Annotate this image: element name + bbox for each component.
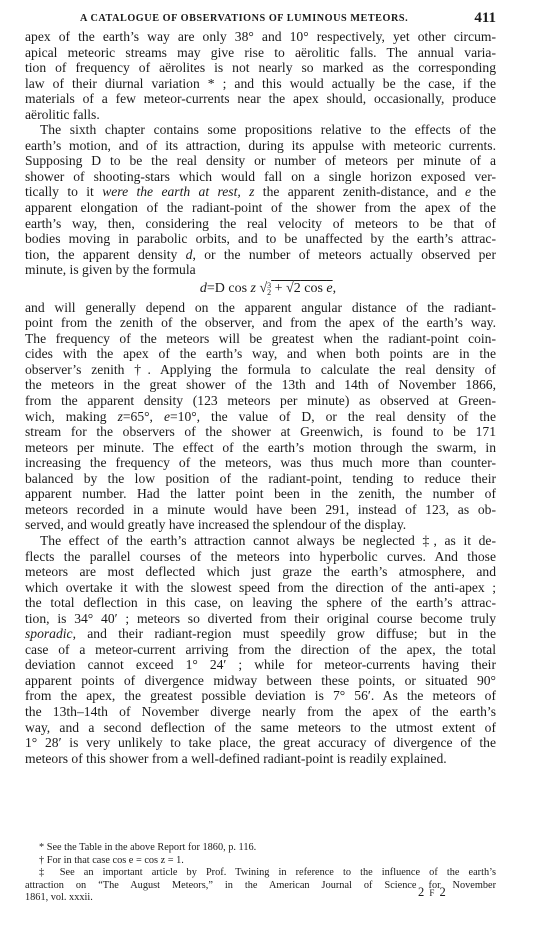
text-line: minute, is given by the formula (25, 262, 496, 278)
text-line: the meteors in the great shower of the 1… (25, 377, 496, 393)
text-line: the 13th–14th of November diverge nearly… (25, 704, 496, 720)
text-line: flects the parallel courses of the meteo… (25, 549, 496, 565)
fraction: 32 (267, 282, 271, 296)
text-line: stream for the observers of the shower a… (25, 424, 496, 440)
text-line: apex of the earth’s way are only 38° and… (25, 29, 496, 45)
text-line: 1° 28′ is very unlikely to take place, t… (25, 735, 496, 751)
text-line: earth’s motion, and of its attraction, d… (25, 138, 496, 154)
footnote-double-dagger: ‡ See an important article by Prof. Twin… (25, 867, 496, 880)
text-line: the total deflection in this case, on le… (25, 595, 496, 611)
text-line: meteors recorded in a minute would have … (25, 502, 496, 518)
footnote-asterisk: * See the Table in the above Report for … (25, 842, 496, 855)
text-line: from the apparent density (123 meteors p… (25, 393, 496, 409)
text-line: Supposing D to be the real density or nu… (25, 153, 496, 169)
text-line: meteors of this shower from a well-defin… (25, 751, 496, 767)
text-line: tion, the apparent density d, or the num… (25, 247, 496, 263)
running-head: A CATALOGUE OF OBSERVATIONS OF LUMINOUS … (25, 10, 496, 28)
density-formula: d=D cos z √32 + √2 cos e, (25, 278, 496, 300)
text-line: bodies moving in parabolic orbits, and t… (25, 231, 496, 247)
text-line: way, and a second deflection of the same… (25, 720, 496, 736)
text-line: served, and would greatly have increased… (25, 517, 496, 533)
text-line: aërolitic falls. (25, 107, 496, 123)
text-line: point from the zenith of the observer, a… (25, 315, 496, 331)
text-line: tion, is 34° 40′ ; meteors so diverted f… (25, 611, 496, 627)
text-line: observer’s zenith †. Applying the formul… (25, 362, 496, 378)
text-line: tically to it were the earth at rest, z … (25, 184, 496, 200)
text-line: which overtake it with the slowest speed… (25, 580, 496, 596)
footnote-mark: † (39, 855, 44, 866)
text-line: deviation cannot exceed 1° 24′ ; while f… (25, 657, 496, 673)
body-text: apex of the earth’s way are only 38° and… (25, 29, 496, 766)
text-line: apical meteoric streams may give rise to… (25, 45, 496, 61)
document-page: A CATALOGUE OF OBSERVATIONS OF LUMINOUS … (0, 0, 550, 930)
text-line: earth’s way, then, considering the real … (25, 216, 496, 232)
printer-signature: 2 F 2 (418, 885, 447, 900)
footnote-dagger: † For in that case cos e = cos z = 1. (25, 855, 496, 868)
text-line: apparent elongation of the radiant-point… (25, 200, 496, 216)
text-line: tion of frequency of aërolites is not ne… (25, 60, 496, 76)
radicand: 32 + √2 cos e (267, 281, 332, 296)
italic-sporadic: sporadic (25, 626, 73, 641)
text-line: sporadic, and their radiant-region must … (25, 626, 496, 642)
text-line: shower of shooting-stars which would fal… (25, 169, 496, 185)
text-line: apparent number. Had the latter point be… (25, 486, 496, 502)
text-line: cides with the apex of the earth’s way, … (25, 346, 496, 362)
text-line: increasing the frequency of the meteors,… (25, 455, 496, 471)
running-title: A CATALOGUE OF OBSERVATIONS OF LUMINOUS … (80, 13, 408, 24)
text-line: law of their diurnal variation * ; and t… (25, 76, 496, 92)
footnote-mark: * (39, 842, 44, 853)
footnote-mark: ‡ (39, 867, 51, 878)
sqrt-sign: √ (259, 281, 267, 296)
text-line: meteors are most deflected which just gr… (25, 564, 496, 580)
paragraph-start: The sixth chapter contains some proposit… (25, 122, 496, 138)
text-line: wich, making z=65°, e=10°, the value of … (25, 409, 496, 425)
italic-phrase: were the earth at rest, (102, 184, 241, 199)
text-line: The frequency of the meteors will be gre… (25, 331, 496, 347)
text-line: materials of a few meteor-currents near … (25, 91, 496, 107)
text-line: case of a meteor-current arriving from t… (25, 642, 496, 658)
text-line: meteors per minute. The effect of the ea… (25, 440, 496, 456)
page-number: 411 (474, 10, 496, 27)
text-line: and will generally depend on the apparen… (25, 300, 496, 316)
text-line: balanced by the low position of the radi… (25, 471, 496, 487)
text-line: from the apex, the greatest possible dev… (25, 688, 496, 704)
paragraph-start: The effect of the earth’s attraction can… (25, 533, 496, 549)
text-line: apparent points of divergence midway bet… (25, 673, 496, 689)
